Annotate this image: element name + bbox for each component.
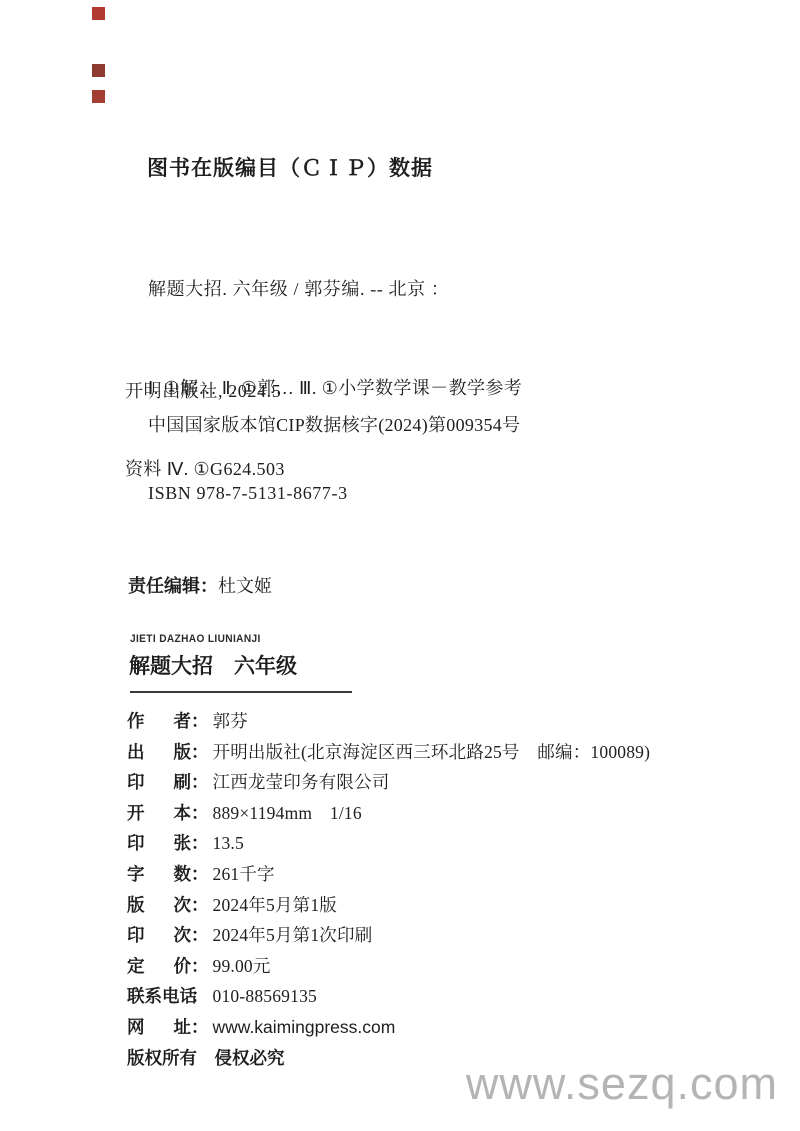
watermark: www.sezq.com [466,1058,778,1110]
row-separator: ： [191,833,209,853]
row-separator: ： [191,772,209,792]
row-label: 定价 [127,951,191,982]
cip-registry-line: 中国国家版本馆CIP数据核字(2024)第009354号 [148,411,520,437]
row-separator: ： [191,803,209,823]
colophon-row-printer: 印刷：江西龙莹印务有限公司 [127,767,687,798]
row-label: 印次 [127,920,191,951]
row-value: 010-88569135 [209,986,317,1006]
row-separator: ： [191,895,209,915]
editor-name: 杜文姬 [218,576,272,596]
row-label: 印刷 [127,767,191,798]
colophon-row-price: 定价：99.00元 [127,951,687,982]
row-label: 字数 [127,859,191,890]
row-label: 出版 [127,737,191,768]
row-value: 开明出版社(北京海淀区西三环北路25号 邮编：100089) [209,742,651,762]
row-value: 261千字 [209,864,275,884]
book-title: 解题大招 六年级 [129,650,297,680]
row-value: 2024年5月第1次印刷 [209,925,373,945]
colophon-row-website: 网址：www.kaimingpress.com [127,1012,687,1043]
row-value: 889×1194mm 1/16 [209,803,362,823]
row-label: 版次 [127,890,191,921]
row-separator: ： [191,986,209,1006]
scan-mark [92,7,105,20]
editor-separator: ： [200,576,218,596]
row-value: www.kaimingpress.com [209,1017,396,1037]
cip-classification-line: Ⅰ. ①解… Ⅱ. ①郭… Ⅲ. ①小学数学课－教学参考 [125,375,522,402]
row-separator: ： [191,711,209,731]
colophon-row-author: 作者：郭芬 [127,706,687,737]
row-value: 99.00元 [209,956,271,976]
row-separator: ： [191,925,209,945]
row-separator: ： [191,1017,209,1037]
row-value: 郭芬 [209,711,248,731]
cip-record-line: 解题大招. 六年级 / 郭芬编. -- 北京 ： [125,272,449,306]
cip-classification-line: 资料 Ⅳ. ①G624.503 [125,456,522,483]
row-label: 开本 [127,798,191,829]
colophon-row-sheets: 印张：13.5 [127,828,687,859]
row-label: 网址 [127,1012,191,1043]
book-pinyin: JIETI DAZHAO LIUNIANJI [130,633,261,645]
row-separator: ： [191,742,209,762]
editor-line: 责任编辑：杜文姬 [128,572,272,598]
copyright-page: { "scan_marks": { "colors": ["#b23b31", … [0,0,800,1131]
colophon-row-format: 开本：889×1194mm 1/16 [127,798,687,829]
title-divider [130,691,352,693]
scan-mark [92,90,105,103]
colophon-row-phone: 联系电话：010-88569135 [127,981,687,1012]
colophon-row-wordcount: 字数：261千字 [127,859,687,890]
row-separator: ： [191,956,209,976]
row-value: 江西龙莹印务有限公司 [209,772,390,792]
cip-heading: 图书在版编目（ＣＩＰ）数据 [147,152,433,182]
row-label: 联系电话 [127,981,191,1012]
row-label: 印张 [127,828,191,859]
row-label: 作者 [127,706,191,737]
editor-label: 责任编辑 [128,576,200,596]
colophon-row-publisher: 出版：开明出版社(北京海淀区西三环北路25号 邮编：100089) [127,737,687,768]
row-value: 13.5 [209,833,244,853]
colophon-row-edition: 版次：2024年5月第1版 [127,890,687,921]
row-value: 2024年5月第1版 [209,895,338,915]
row-separator: ： [191,864,209,884]
colophon-row-printing: 印次：2024年5月第1次印刷 [127,920,687,951]
scan-mark [92,64,105,77]
colophon: 作者：郭芬 出版：开明出版社(北京海淀区西三环北路25号 邮编：100089) … [127,706,687,1073]
